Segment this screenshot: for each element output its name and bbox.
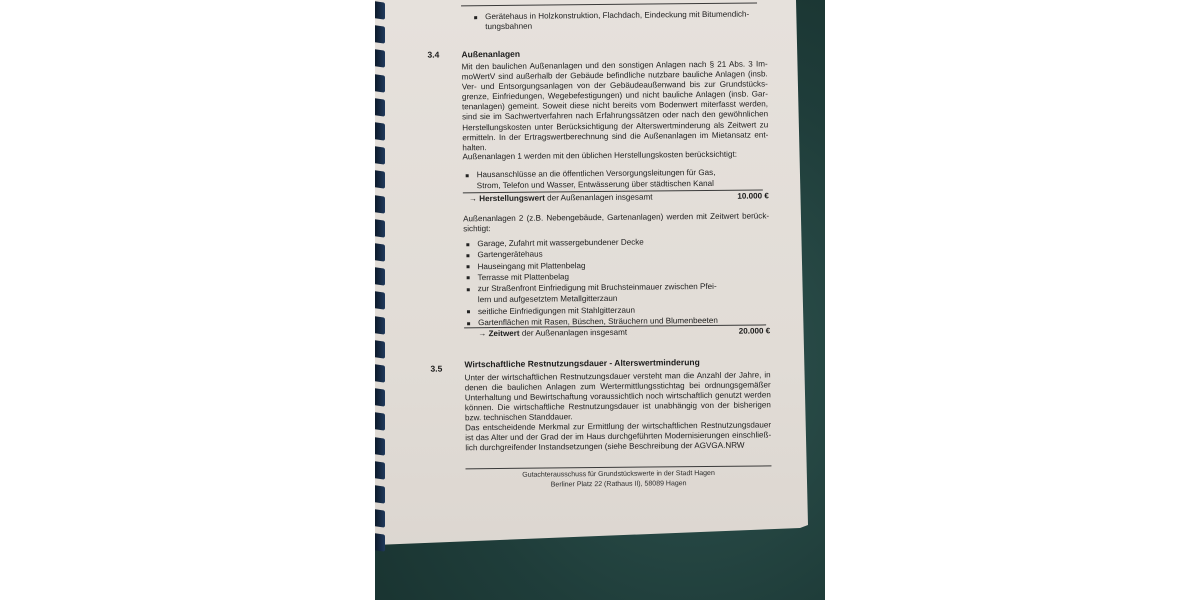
section-35-paragraph-1: Unter der wirtschaftlichen Restnutzungsd…	[465, 370, 771, 423]
section-title: Wirtschaftliche Restnutzungsdauer - Alte…	[464, 357, 699, 369]
footer: Gutachterausschuss für Grundstückswerte …	[464, 468, 774, 490]
group1-intro-text: Außenanlagen 1 werden mit den üblichen H…	[462, 149, 768, 162]
footer-line: Berliner Platz 22 (Rathaus II), 58089 Ha…	[464, 478, 774, 490]
section-number: 3.4	[427, 50, 439, 60]
section-number: 3.5	[430, 364, 442, 374]
page-content: Gerätehaus in Holzkonstruktion, Flachdac…	[375, 0, 825, 600]
group2-total: → Zeitwert der Außenanlagen insgesamt 20…	[478, 326, 770, 338]
document-photo: Gerätehaus in Holzkonstruktion, Flachdac…	[375, 0, 825, 600]
total-value: 20.000 €	[739, 326, 771, 335]
arrow-icon: →	[478, 329, 486, 338]
paragraph-line: lich durchgreifender Instandsetzungen (s…	[465, 441, 771, 454]
section-35-paragraph-2: Das entscheidende Merkmal zur Ermittlung…	[465, 420, 771, 453]
arrow-icon: →	[469, 194, 477, 203]
top-rule	[461, 2, 757, 6]
group1-list: Hausanschlüsse an die öffentlichen Verso…	[463, 167, 716, 192]
section-34-paragraph: Mit den baulichen Außenanlagen und den s…	[462, 59, 769, 153]
total-label-bold: Zeitwert	[488, 329, 519, 338]
total-value: 10.000 €	[737, 191, 769, 200]
group1-intro: Außenanlagen 1 werden mit den üblichen H…	[462, 149, 768, 162]
total-label: der Außenanlagen insgesamt	[520, 328, 628, 338]
list-item: zur Straßenfront Einfriedigung mit Bruch…	[464, 281, 718, 295]
group2-intro: Außenanlagen 2 (z.B. Nebengebäude, Garte…	[463, 211, 769, 234]
total-label: der Außenanlagen insgesamt	[545, 193, 653, 203]
group1-total: → Herstellungswert der Außenanlagen insg…	[469, 191, 769, 203]
top-bullet-list: Gerätehaus in Holzkonstruktion, Flachdac…	[471, 9, 749, 33]
group2-list: Garage, Zufahrt mit wassergebundener Dec…	[463, 236, 718, 329]
section-title: Außenanlagen	[461, 49, 520, 60]
total-label-bold: Herstellungswert	[479, 194, 545, 204]
